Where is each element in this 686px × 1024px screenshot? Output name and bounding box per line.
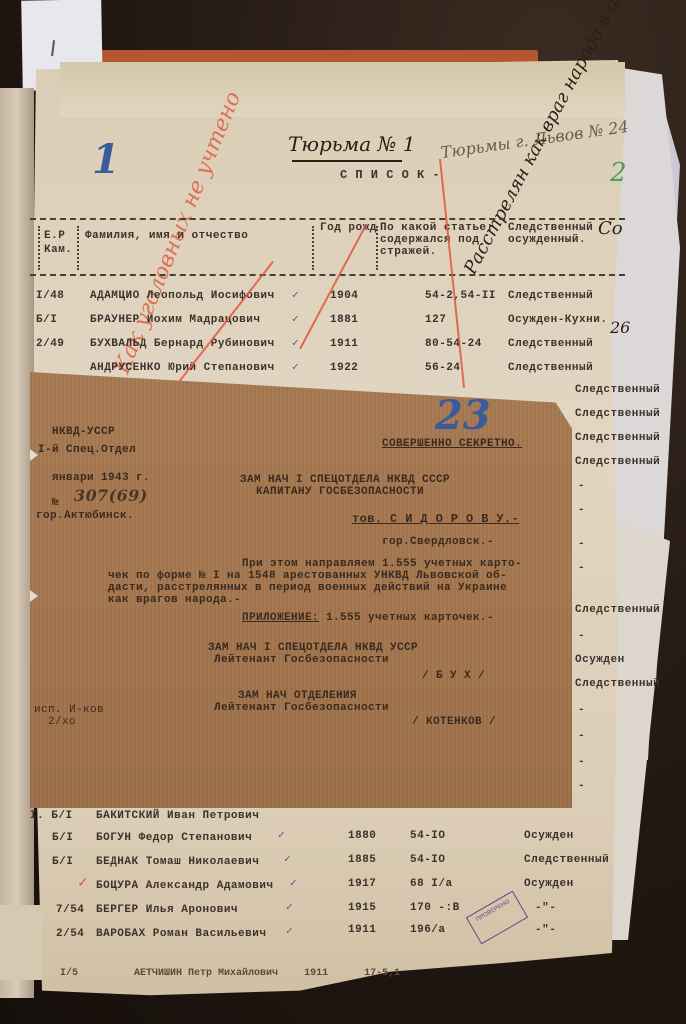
row-name: БРАУНЕР Иохим Мадрацович — [90, 314, 260, 326]
row-article: 17-5,1 — [364, 968, 400, 979]
status-cell: Осужден — [575, 654, 625, 666]
attachment-text: 1.555 учетных карточек.- — [326, 612, 494, 624]
handwritten-underline — [292, 160, 402, 162]
letter-date: январи 1943 г. — [52, 472, 150, 484]
letter-body-line: чек по форме № I на 1548 арестованных УН… — [108, 570, 507, 582]
handwritten-prison: Тюрьма № 1 — [288, 132, 416, 156]
attachment-label: ПРИЛОЖЕНИЕ: — [242, 612, 319, 624]
row-name: БОГУН Федор Степанович — [96, 832, 252, 844]
check-mark: ✓ — [286, 924, 293, 938]
row-cam: I. Б/I — [30, 810, 73, 822]
letter-number: № 307(69) — [52, 490, 140, 509]
row-year: 1911 — [304, 968, 328, 979]
row-article: 56-24 — [425, 362, 461, 374]
addressee-name: тов. С И Д О Р О В У.- — [352, 512, 519, 526]
row-name: АЕТЧИШИН Петр Михайлович — [134, 968, 278, 979]
signatory-1-name: / Б У Х / — [422, 670, 485, 682]
row-article: 80-54-24 — [425, 338, 482, 350]
row-article: 54-IO — [410, 854, 446, 866]
status-cell: - — [578, 504, 585, 516]
addressee-title: ЗАМ НАЧ I СПЕЦОТДЕЛА НКВД СССР — [240, 474, 450, 486]
status-cell: - — [578, 730, 585, 742]
classification-label: СОВЕРШЕННО СЕКРЕТНО. — [382, 438, 522, 450]
status-cell: - — [578, 562, 585, 574]
row-cam: 2/54 — [56, 928, 84, 940]
row-status: Следственный — [524, 854, 609, 866]
row-status: Следственный — [508, 338, 593, 350]
header-rule-bottom — [30, 274, 625, 276]
addressee-city: гор.Свердловск.- — [382, 536, 494, 548]
binder-spine — [0, 88, 34, 998]
row-article: 68 I/а — [410, 878, 453, 890]
column-divider — [312, 226, 314, 270]
row-year: 1881 — [330, 314, 358, 326]
addressee-rank: КАПИТАНУ ГОСБЕЗОПАСНОСТИ — [256, 486, 424, 498]
top-folded-edge — [60, 62, 625, 117]
row-year: 1880 — [348, 830, 376, 842]
header-article-3: стражей. — [380, 246, 437, 258]
row-status: Осужден-Кухни. — [508, 314, 607, 326]
row-cam: Б/I — [52, 832, 73, 844]
row-article: 170 -:В — [410, 902, 460, 914]
status-cell: Следственный — [575, 678, 660, 690]
envelope-cover-letter: НКВД-УССР I-й Спец.Отдел январи 1943 г. … — [30, 372, 572, 808]
row-cam: I/48 — [36, 290, 64, 302]
status-cell: - — [578, 538, 585, 550]
check-mark: ✓ — [292, 360, 299, 374]
letter-body-line: При этом направляем 1.555 учетных карто- — [242, 558, 522, 570]
status-cell: Следственный — [575, 384, 660, 396]
check-mark: ✓ — [292, 288, 299, 302]
letter-body-line: как врагов народа.- — [108, 594, 241, 606]
signatory-1-rank: Лейтенант Госбезопасности — [214, 654, 389, 666]
row-name: БЕРГЕР Илья Аронович — [96, 904, 238, 916]
header-number: Е.Р — [44, 230, 65, 242]
red-pencil-stroke — [299, 225, 366, 350]
check-mark: ✓ — [278, 828, 285, 842]
column-divider — [38, 226, 40, 270]
row-year: 1904 — [330, 290, 358, 302]
row-article: 196/а — [410, 924, 446, 936]
handwritten-sheet-number: 23 — [435, 392, 491, 439]
row-cam: Б/I — [36, 314, 57, 326]
row-year: 1915 — [348, 902, 376, 914]
row-name: АНДРУСЕНКО Юрий Степанович — [90, 362, 275, 374]
red-check-mark: ✓ — [78, 872, 88, 892]
row-status: Осужден — [524, 830, 574, 842]
row-name: БАКИТСКИЙ Иван Петрович — [96, 810, 259, 822]
header-status-2: осужденный. — [508, 234, 586, 246]
executor-note: исп. И-ков — [34, 704, 104, 716]
row-status: Следственный — [508, 290, 593, 302]
binder-hole-notch — [30, 590, 38, 602]
row-cam: I/5 — [60, 968, 78, 979]
row-name: БУХВАЛЬД Бернард Рубинович — [90, 338, 275, 350]
header-name: Фамилия, имя и отчество — [85, 230, 248, 242]
row-year: 1917 — [348, 878, 376, 890]
header-cell: Кам. — [44, 244, 72, 256]
row-status: -"- — [535, 924, 556, 936]
status-cell: Следственный — [575, 432, 660, 444]
row-name: БОЦУРА Александр Адамович — [96, 880, 274, 892]
check-mark: ✓ — [290, 876, 297, 890]
executor-ref: 2/хо — [48, 716, 76, 728]
row-name: ВАРОБАХ Роман Васильевич — [96, 928, 266, 940]
status-cell: - — [578, 756, 585, 768]
green-margin-number: 2 — [610, 158, 627, 188]
check-mark: ✓ — [292, 312, 299, 326]
org-header: НКВД-УССР — [52, 426, 115, 438]
letter-body-line: дасти, расстрелянных в период военных де… — [108, 582, 507, 594]
header-status: Следственный — [508, 222, 593, 234]
row-cam: Б/I — [52, 856, 73, 868]
list-title: С П И С О К - — [340, 168, 440, 182]
header-rule-top — [30, 218, 625, 220]
row-year: 1911 — [330, 338, 358, 350]
page-number: 1 — [92, 136, 120, 183]
row-article: 127 — [425, 314, 446, 326]
row-status: -"- — [535, 902, 556, 914]
row-year: 1885 — [348, 854, 376, 866]
margin-number-bottom: 26 — [610, 318, 630, 337]
row-cam: 2/49 — [36, 338, 64, 350]
status-cell: - — [578, 630, 585, 642]
row-name: БЕДНАК Томаш Николаевич — [96, 856, 259, 868]
status-cell: - — [578, 480, 585, 492]
bottom-partial-row: I/5 АЕТЧИШИН Петр Михайлович 1911 17-5,1 — [60, 968, 400, 979]
column-divider — [77, 226, 79, 270]
row-year: 1922 — [330, 362, 358, 374]
status-cell: - — [578, 704, 585, 716]
check-mark: ✓ — [286, 900, 293, 914]
status-cell: - — [578, 780, 585, 792]
handwritten-letter-number: 307(69) — [74, 486, 148, 505]
attachment-line: ПРИЛОЖЕНИЕ: 1.555 учетных карточек.- — [242, 612, 494, 624]
status-cell: Следственный — [575, 408, 660, 420]
header-year: Год рожд — [320, 222, 377, 234]
header-article-2: содержался под — [380, 234, 479, 246]
binder-hole-notch — [30, 449, 38, 461]
signatory-2-title: ЗАМ НАЧ ОТДЕЛЕНИЯ — [238, 690, 357, 702]
signatory-2-rank: Лейтенант Госбезопасности — [214, 702, 389, 714]
sender-city: гор.Актюбинск. — [36, 510, 134, 522]
signatory-2-name: / КОТЕНКОВ / — [412, 716, 496, 728]
status-cell: Следственный — [575, 604, 660, 616]
dept-header: I-й Спец.Отдел — [38, 444, 136, 456]
row-article: 54-IO — [410, 830, 446, 842]
row-article: 54-2,54-II — [425, 290, 496, 302]
status-cell: Следственный — [575, 456, 660, 468]
handwritten-so: Со — [598, 218, 623, 239]
row-status: Следственный — [508, 362, 593, 374]
row-cam: 7/54 — [56, 904, 84, 916]
check-mark: ✓ — [284, 852, 291, 866]
signatory-1-title: ЗАМ НАЧ I СПЕЦОТДЕЛА НКВД УССР — [208, 642, 418, 654]
row-status: Осужден — [524, 878, 574, 890]
number-label: № — [52, 497, 59, 509]
header-article: По какой статье: — [380, 222, 494, 234]
row-year: 1911 — [348, 924, 376, 936]
